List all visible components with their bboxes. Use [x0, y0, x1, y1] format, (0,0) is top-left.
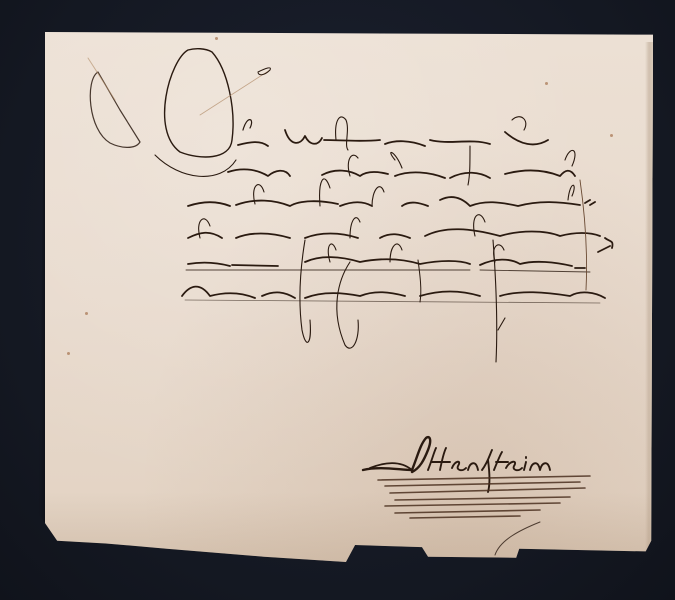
handwriting-ink — [0, 0, 675, 600]
